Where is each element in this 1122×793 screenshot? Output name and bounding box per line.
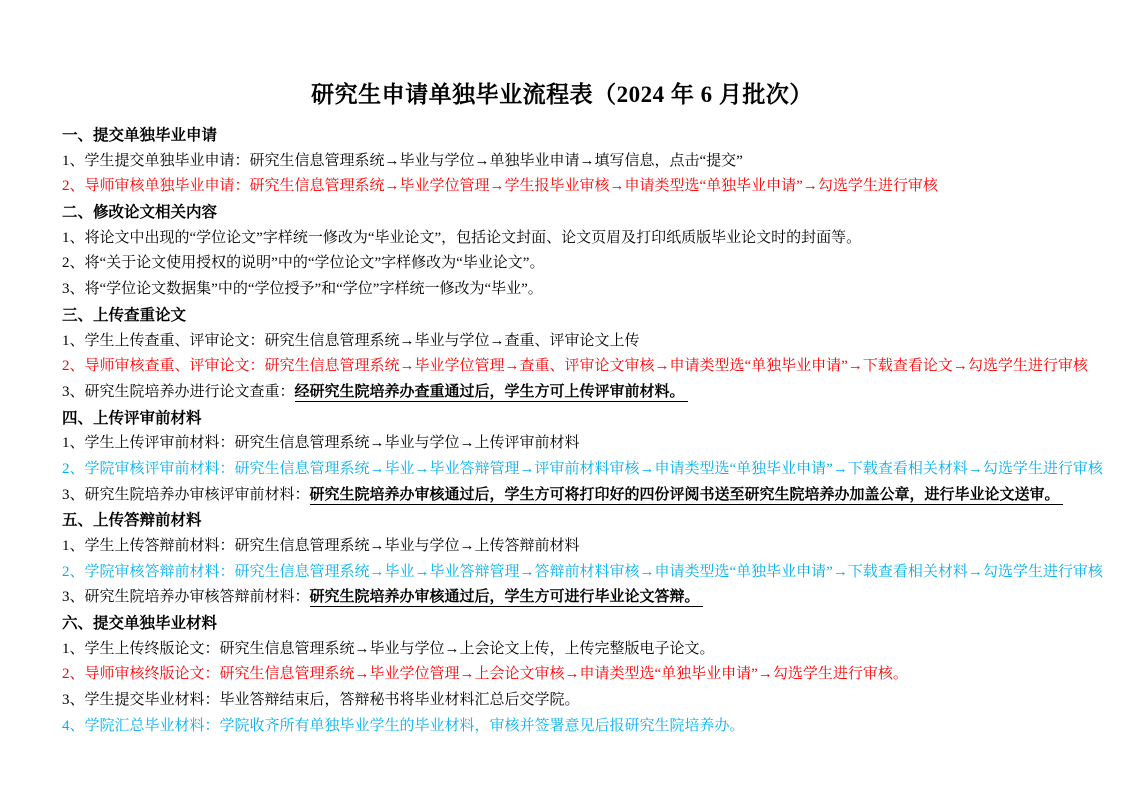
- process-step: 1、将论文中出现的“学位论文”字样统一修改为“毕业论文”，包括论文封面、论文页眉…: [62, 226, 1062, 252]
- step-emphasis: 研究生院培养办审核通过后，学生方可进行毕业论文答辩。: [310, 589, 704, 607]
- document-page: 研究生申请单独毕业流程表（2024 年 6 月批次） 一、提交单独毕业申请1、学…: [0, 0, 1122, 793]
- step-text: 3、研究生院培养办审核评审前材料：: [62, 487, 310, 503]
- process-step: 3、研究生院培养办审核评审前材料：研究生院培养办审核通过后，学生方可将打印好的四…: [62, 483, 1062, 509]
- process-step: 2、导师审核终版论文：研究生信息管理系统→毕业学位管理→上会论文审核→申请类型选…: [62, 662, 1062, 688]
- process-step: 2、学院审核评审前材料：研究生信息管理系统→毕业→毕业答辩管理→评审前材料审核→…: [62, 457, 1062, 483]
- process-step: 2、导师审核单独毕业申请：研究生信息管理系统→毕业学位管理→学生报毕业审核→申请…: [62, 174, 1062, 200]
- process-step: 1、学生上传答辩前材料：研究生信息管理系统→毕业与学位→上传答辩前材料: [62, 534, 1062, 560]
- step-emphasis: 经研究生院培养办查重通过后，学生方可上传评审前材料。: [295, 384, 689, 402]
- section-heading: 四、上传评审前材料: [62, 406, 1062, 432]
- process-step: 4、学院汇总毕业材料：学院收齐所有单独毕业学生的毕业材料，审核并签署意见后报研究…: [62, 714, 1062, 740]
- process-step: 1、学生提交单独毕业申请：研究生信息管理系统→毕业与学位→单独毕业申请→填写信息…: [62, 149, 1062, 175]
- section-heading: 五、上传答辩前材料: [62, 508, 1062, 534]
- section-heading: 二、修改论文相关内容: [62, 200, 1062, 226]
- process-step: 3、研究生院培养办进行论文查重：经研究生院培养办查重通过后，学生方可上传评审前材…: [62, 380, 1062, 406]
- process-step: 2、学院审核答辩前材料：研究生信息管理系统→毕业→毕业答辩管理→答辩前材料审核→…: [62, 560, 1062, 586]
- step-text: 3、研究生院培养办审核答辩前材料：: [62, 589, 310, 605]
- section-heading: 一、提交单独毕业申请: [62, 123, 1062, 149]
- process-step: 1、学生上传查重、评审论文：研究生信息管理系统→毕业与学位→查重、评审论文上传: [62, 329, 1062, 355]
- section-heading: 六、提交单独毕业材料: [62, 611, 1062, 637]
- step-emphasis: 研究生院培养办审核通过后，学生方可将打印好的四份评阅书送至研究生院培养办加盖公章…: [310, 487, 1064, 505]
- step-text: 3、研究生院培养办进行论文查重：: [62, 384, 295, 400]
- process-step: 3、研究生院培养办审核答辩前材料：研究生院培养办审核通过后，学生方可进行毕业论文…: [62, 585, 1062, 611]
- process-step: 1、学生上传评审前材料：研究生信息管理系统→毕业与学位→上传评审前材料: [62, 431, 1062, 457]
- doc-title: 研究生申请单独毕业流程表（2024 年 6 月批次）: [62, 80, 1062, 110]
- process-step: 2、将“关于论文使用授权的说明”中的“学位论文”字样修改为“毕业论文”。: [62, 251, 1062, 277]
- process-step: 3、学生提交毕业材料：毕业答辩结束后，答辩秘书将毕业材料汇总后交学院。: [62, 688, 1062, 714]
- process-step: 1、学生上传终版论文：研究生信息管理系统→毕业与学位→上会论文上传，上传完整版电…: [62, 637, 1062, 663]
- process-step: 2、导师审核查重、评审论文：研究生信息管理系统→毕业学位管理→查重、评审论文审核…: [62, 354, 1062, 380]
- process-step: 3、将“学位论文数据集”中的“学位授予”和“学位”字样统一修改为“毕业”。: [62, 277, 1062, 303]
- section-heading: 三、上传查重论文: [62, 303, 1062, 329]
- doc-content: 一、提交单独毕业申请1、学生提交单独毕业申请：研究生信息管理系统→毕业与学位→单…: [62, 123, 1062, 740]
